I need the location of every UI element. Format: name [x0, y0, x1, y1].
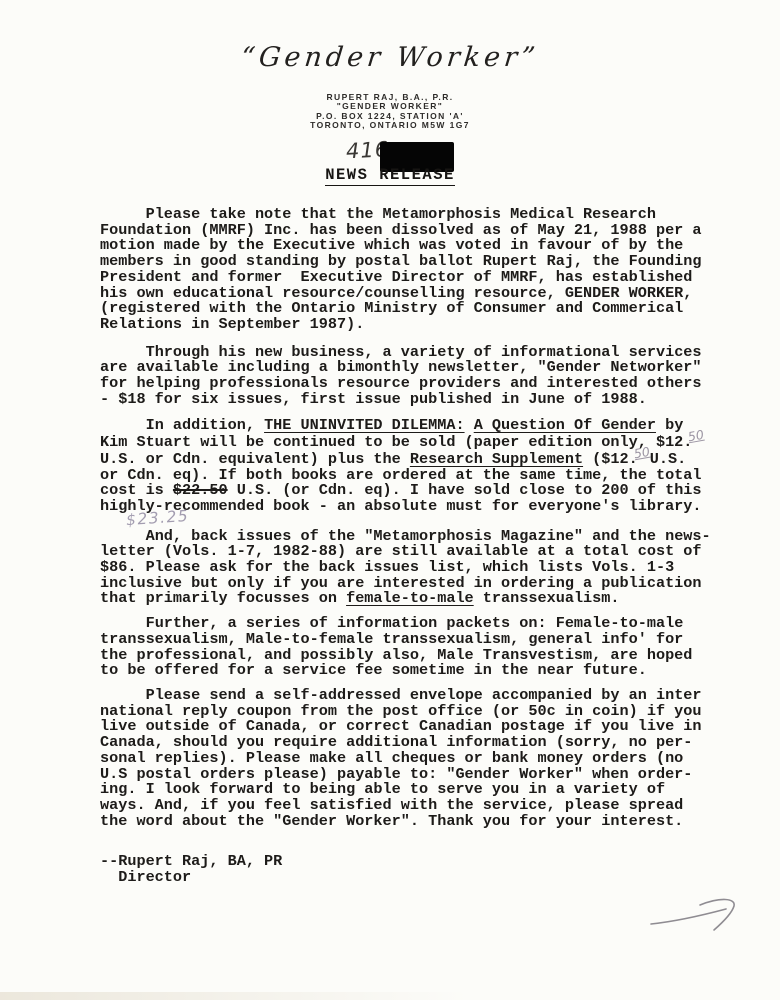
- paragraph-dissolution-notice: Please take note that the Metamorphosis …: [100, 207, 732, 333]
- handwritten-cents-annotation: 50: [632, 444, 649, 462]
- underlined-text: THE UNINVITED DILEMMA:: [264, 416, 465, 434]
- hand-drawn-arrow-icon: [648, 896, 744, 943]
- paragraph-book-prices: In addition, THE UNINVITED DILEMMA: A Qu…: [100, 418, 732, 514]
- document-body: Please take note that the Metamorphosis …: [100, 207, 732, 886]
- underlined-text: A Question Of Gender: [474, 416, 656, 434]
- paragraph-newsletter: Through his new business, a variety of i…: [100, 345, 732, 408]
- address-line-city: TORONTO, ONTARIO M5W 1G7: [0, 121, 780, 130]
- paragraph-info-packets: Further, a series of information packets…: [100, 616, 732, 679]
- news-release-heading: NEWS RELEASE: [0, 166, 780, 184]
- paragraph-back-issues: And, back issues of the "Metamorphosis M…: [100, 529, 732, 608]
- gender-worker-script-logo: “Gender Worker”: [0, 42, 780, 73]
- scanned-news-release-page: “Gender Worker” RUPERT RAJ, B.A., P.R. "…: [0, 0, 780, 1000]
- paragraph-ordering-info: Please send a self-addressed envelope ac…: [100, 688, 732, 829]
- letterhead-address-block: RUPERT RAJ, B.A., P.R. "GENDER WORKER" P…: [0, 93, 780, 130]
- handwritten-cents-annotation: 50: [687, 427, 704, 445]
- page-title: NEWS RELEASE: [325, 166, 455, 186]
- underlined-text: female-to-male: [346, 589, 474, 607]
- signature-block: --Rupert Raj, BA, PR Director: [100, 854, 732, 885]
